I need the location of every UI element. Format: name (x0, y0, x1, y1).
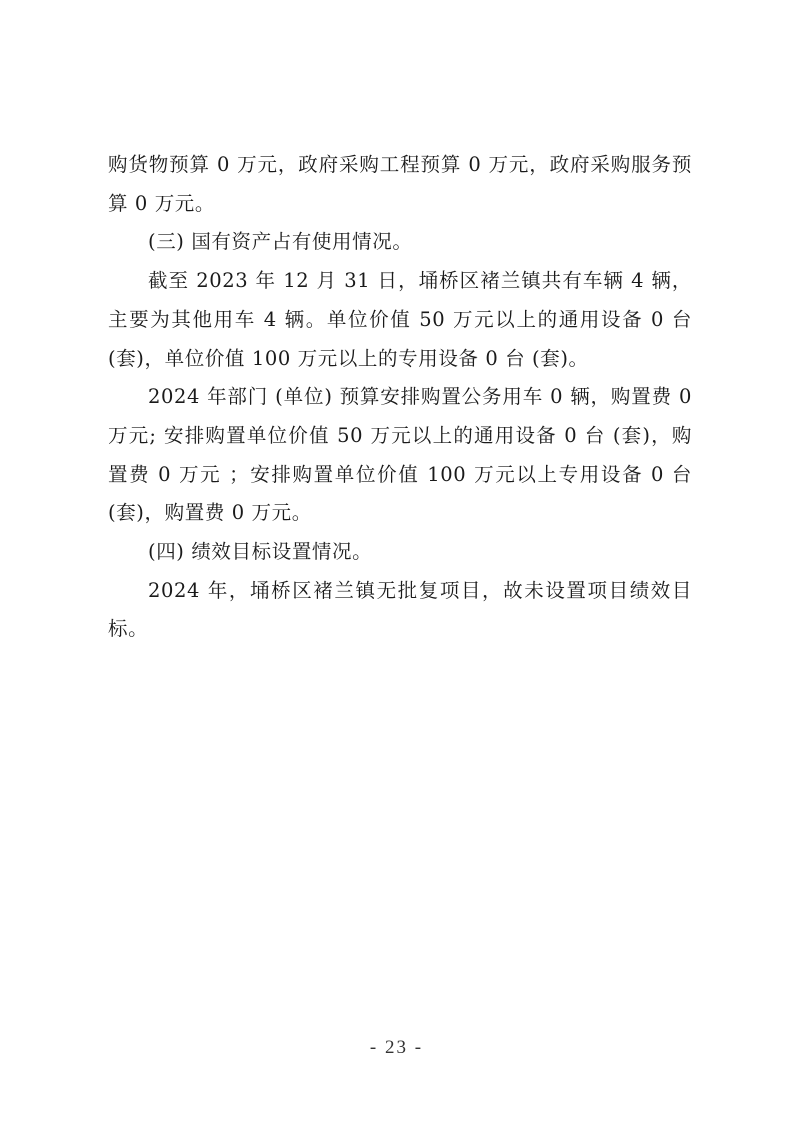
paragraph-procurement-continuation: 购货物预算 0 万元，政府采购工程预算 0 万元，政府采购服务预算 0 万元。 (108, 146, 692, 223)
page-number: - 23 - (0, 1037, 793, 1059)
section-heading-performance-goals: (四) 绩效目标设置情况。 (108, 533, 692, 572)
document-page-body: 购货物预算 0 万元，政府采购工程预算 0 万元，政府采购服务预算 0 万元。 … (108, 146, 692, 649)
paragraph-purchase-plan: 2024 年部门 (单位) 预算安排购置公务用车 0 辆，购置费 0 万元; 安… (108, 378, 692, 533)
paragraph-performance-goals: 2024 年，埇桥区褚兰镇无批复项目，故未设置项目绩效目标。 (108, 572, 692, 649)
paragraph-vehicle-assets: 截至 2023 年 12 月 31 日，埇桥区褚兰镇共有车辆 4 辆，主要为其他… (108, 262, 692, 378)
section-heading-state-assets: (三) 国有资产占有使用情况。 (108, 223, 692, 262)
